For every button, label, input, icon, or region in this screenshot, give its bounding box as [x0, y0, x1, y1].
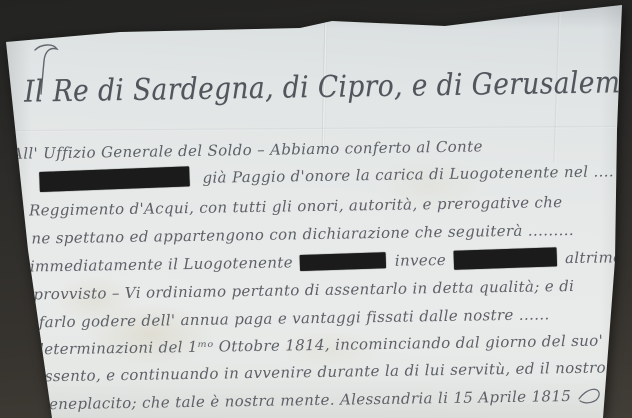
- manuscript-line: assento, e continuando in avvenire duran…: [35, 358, 606, 385]
- line-text: farlo godere dell' annua paga e vantaggi…: [39, 305, 550, 331]
- manuscript-line: immediatamente il Luogotenenteinvecealtr…: [30, 247, 632, 276]
- manuscript-line: Reggimento d'Acqui, con tutti gli onori,…: [29, 193, 563, 219]
- manuscript-paper: Il Re di Sardegna, di Cipro, e di Gerusa…: [0, 0, 632, 418]
- manuscript-text: Il Re di Sardegna, di Cipro, e di Gerusa…: [0, 0, 632, 418]
- manuscript-line: farlo godere dell' annua paga e vantaggi…: [39, 305, 550, 331]
- manuscript-line: All' Uffizio Generale del Soldo – Abbiam…: [12, 137, 483, 162]
- redaction-bar: [300, 252, 386, 271]
- manuscript-line: beneplacito; che tale è nostra mente. Al…: [39, 385, 603, 414]
- paper-sheet-wrap: Il Re di Sardegna, di Cipro, e di Gerusa…: [0, 0, 632, 418]
- manuscript-line: determinazioni del 1ᵐᵒ Ottobre 1814, inc…: [34, 331, 616, 358]
- line-text: assento, e continuando in avvenire duran…: [35, 358, 606, 385]
- line-text: ne spettano ed appartengono con dichiara…: [31, 221, 574, 248]
- manuscript-line: ne spettano ed appartengono con dichiara…: [31, 221, 574, 248]
- photo-of-document: Il Re di Sardegna, di Cipro, e di Gerusa…: [0, 0, 632, 418]
- line-text: provvisto – Vi ordiniamo pertanto di ass…: [33, 277, 574, 303]
- line-text: All' Uffizio Generale del Soldo – Abbiam…: [12, 137, 483, 162]
- line-text: altrimente: [565, 248, 632, 267]
- line-text: Reggimento d'Acqui, con tutti gli onori,…: [29, 193, 563, 219]
- document-heading: Il Re di Sardegna, di Cipro, e di Gerusa…: [24, 65, 632, 110]
- line-text: beneplacito; che tale è nostra mente. Al…: [39, 387, 571, 413]
- manuscript-line: provvisto – Vi ordiniamo pertanto di ass…: [33, 277, 574, 303]
- redaction-bar: [454, 247, 558, 269]
- redaction-bar: [39, 166, 190, 192]
- line-text: immediatamente il Luogotenente: [30, 253, 293, 275]
- line-text: invece: [395, 251, 446, 270]
- closing-flourish-icon: [577, 385, 603, 405]
- line-text: già Paggio d'onore la carica di Luogoten…: [202, 162, 614, 186]
- manuscript-line: già Paggio d'onore la carica di Luogoten…: [39, 161, 614, 190]
- line-text: determinazioni del 1ᵐᵒ Ottobre 1814, inc…: [34, 331, 616, 358]
